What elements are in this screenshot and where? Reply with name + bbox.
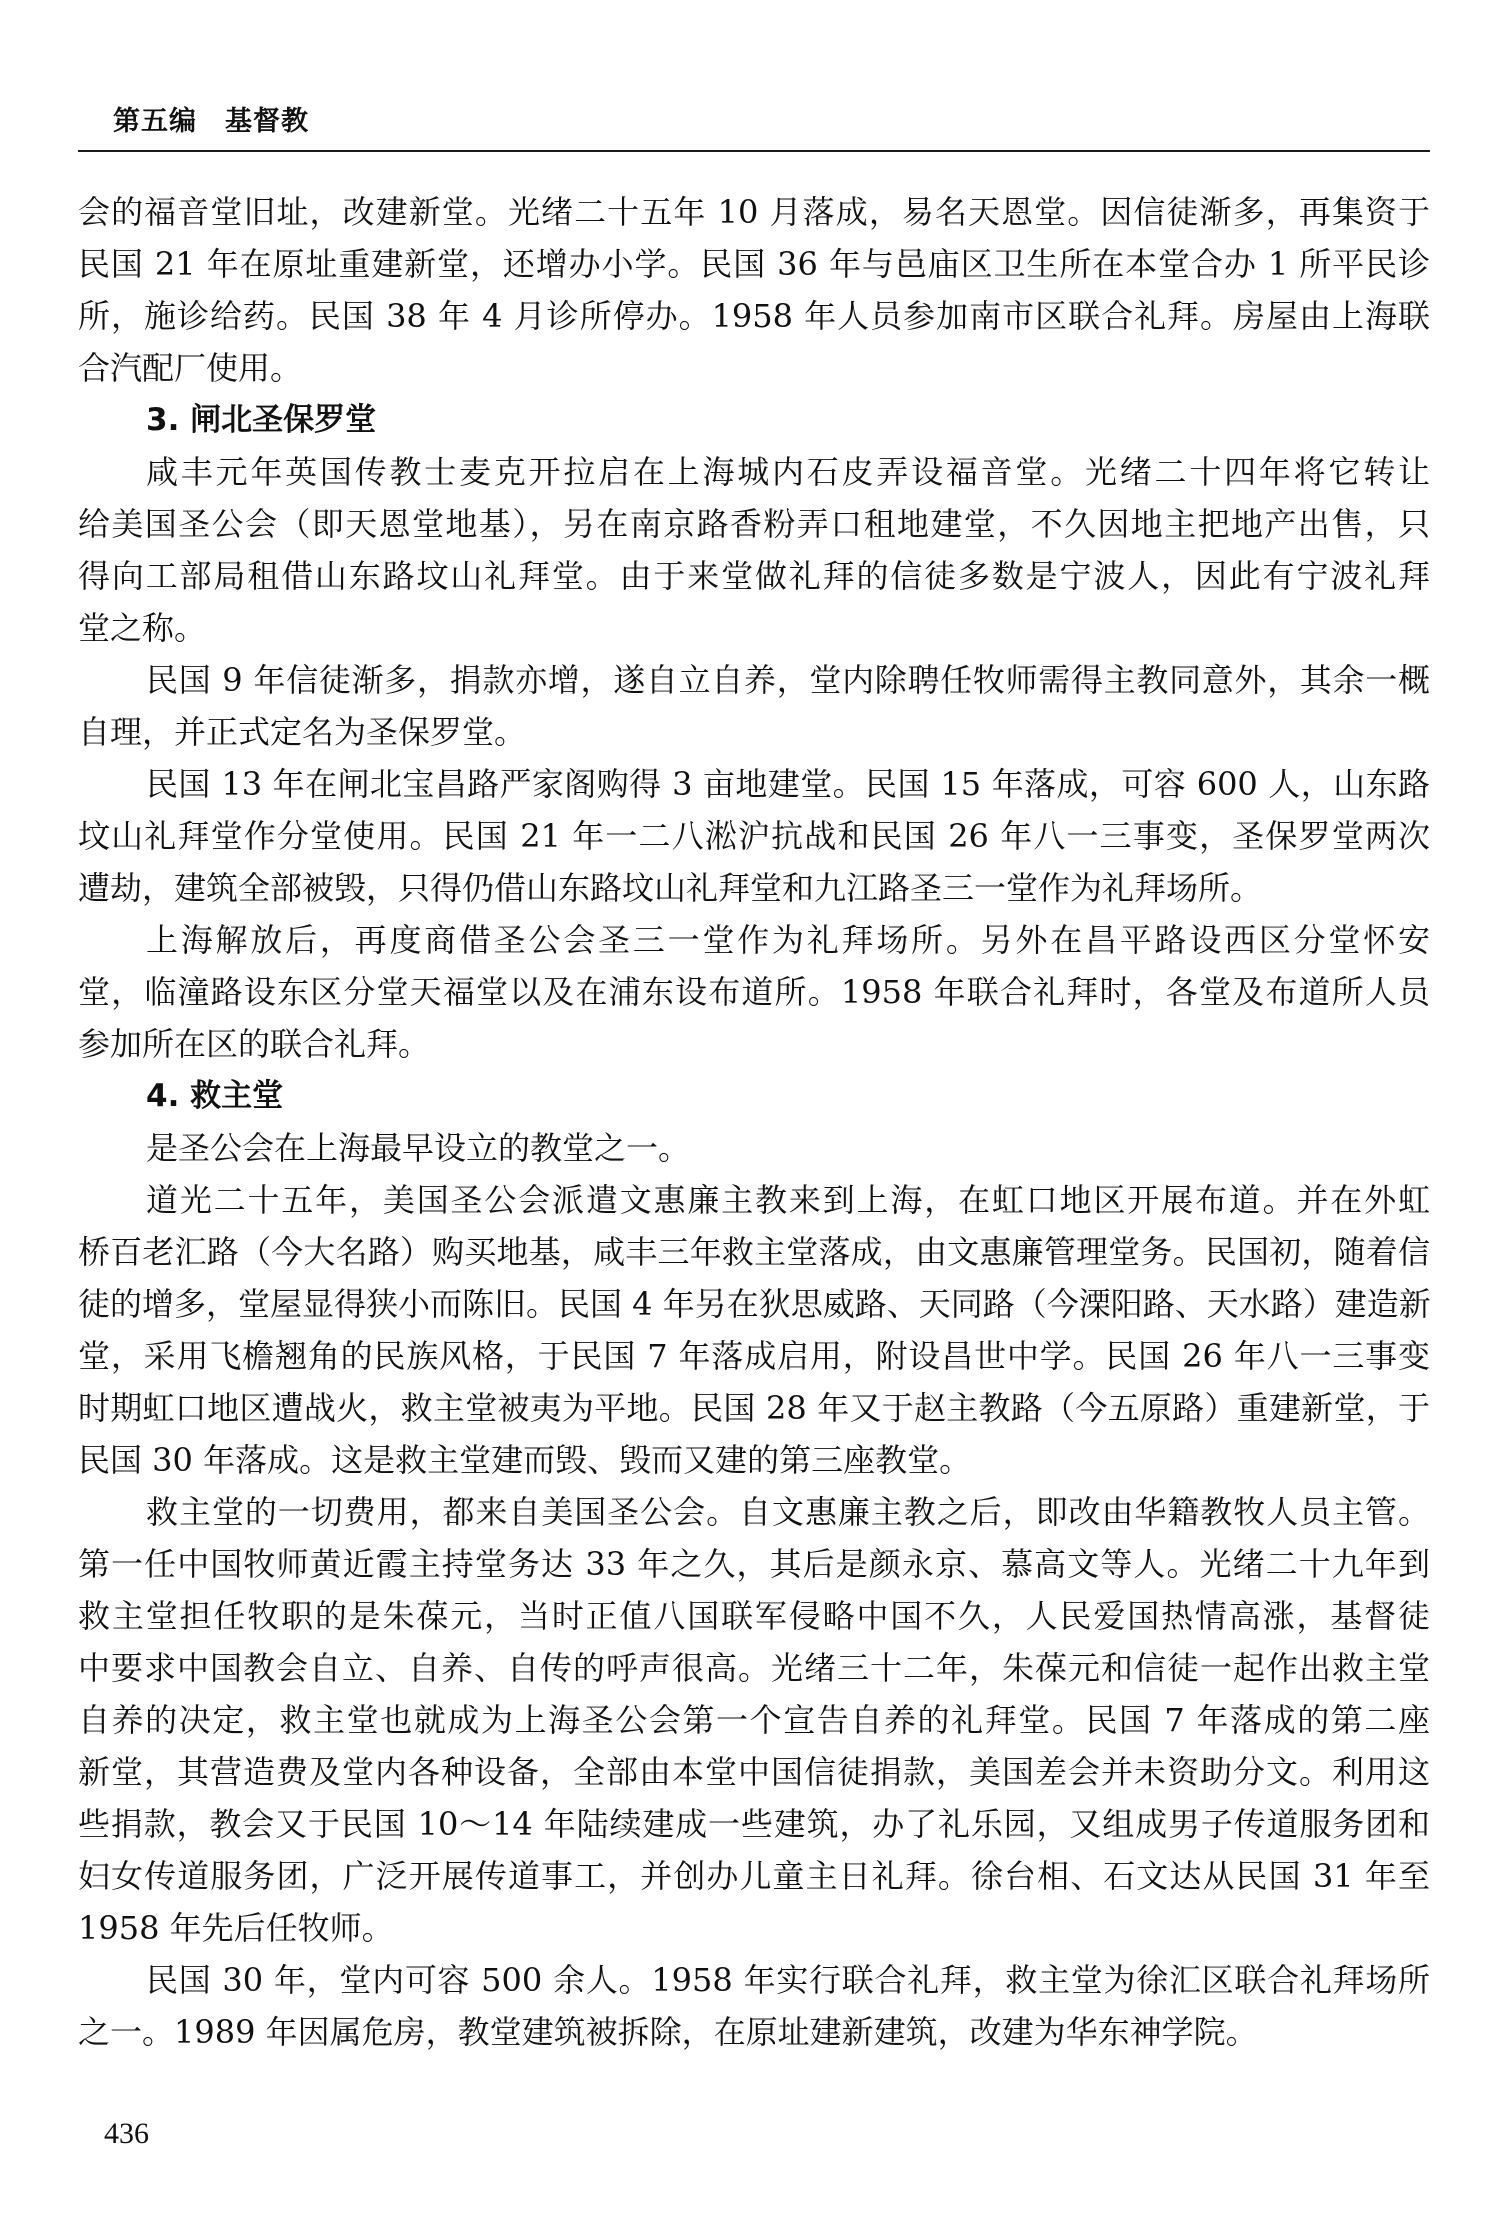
text-line: 合汽配厂使用。 (78, 342, 1430, 394)
text-line: 救主堂的一切费用，都来自美国圣公会。自文惠廉主教之后，即改由华籍教牧人员主管。 (78, 1486, 1430, 1538)
text-line: 是圣公会在上海最早设立的教堂之一。 (78, 1122, 1430, 1174)
text-line: 给美国圣公会（即天恩堂地基），另在南京路香粉弄口租地建堂，不久因地主把地产出售，… (78, 498, 1430, 550)
text-line: 新堂，其营造费及堂内各种设备，全部由本堂中国信徒捐款，美国差会并未资助分文。利用… (78, 1746, 1430, 1798)
header-rule (78, 150, 1430, 152)
text-line: 些捐款，教会又于民国 10～14 年陆续建成一些建筑，办了礼乐园，又组成男子传道… (78, 1798, 1430, 1850)
text-line: 民国 30 年落成。这是救主堂建而毁、毁而又建的第三座教堂。 (78, 1434, 1430, 1486)
text-line: 参加所在区的联合礼拜。 (78, 1018, 1430, 1070)
text-line: 道光二十五年，美国圣公会派遣文惠廉主教来到上海，在虹口地区开展布道。并在外虹 (78, 1174, 1430, 1226)
text-line: 民国 9 年信徒渐多，捐款亦增，遂自立自养，堂内除聘任牧师需得主教同意外，其余一… (78, 654, 1430, 706)
text-line: 1958 年先后任牧师。 (78, 1902, 1430, 1954)
text-line: 民国 13 年在闸北宝昌路严家阁购得 3 亩地建堂。民国 15 年落成，可容 6… (78, 758, 1430, 810)
text-line: 得向工部局租借山东路坟山礼拜堂。由于来堂做礼拜的信徒多数是宁波人，因此有宁波礼拜 (78, 550, 1430, 602)
text-line: 咸丰元年英国传教士麦克开拉启在上海城内石皮弄设福音堂。光绪二十四年将它转让 (78, 446, 1430, 498)
text-line: 桥百老汇路（今大名路）购买地基，咸丰三年救主堂落成，由文惠廉管理堂务。民国初，随… (78, 1226, 1430, 1278)
text-line: 救主堂担任牧职的是朱葆元，当时正值八国联军侵略中国不久，人民爱国热情高涨，基督徒 (78, 1590, 1430, 1642)
text-line: 遭劫，建筑全部被毁，只得仍借山东路坟山礼拜堂和九江路圣三一堂作为礼拜场所。 (78, 862, 1430, 914)
text-line: 第一任中国牧师黄近霞主持堂务达 33 年之久，其后是颜永京、慕高文等人。光绪二十… (78, 1538, 1430, 1590)
page-body: 会的福音堂旧址，改建新堂。光绪二十五年 10 月落成，易名天恩堂。因信徒渐多，再… (78, 186, 1430, 2058)
text-line: 妇女传道服务团，广泛开展传道事工，并创办儿童主日礼拜。徐台相、石文达从民国 31… (78, 1850, 1430, 1902)
text-line: 之一。1989 年因属危房，教堂建筑被拆除，在原址建新建筑，改建为华东神学院。 (78, 2006, 1430, 2058)
text-line: 自理，并正式定名为圣保罗堂。 (78, 706, 1430, 758)
text-line: 自养的决定，救主堂也就成为上海圣公会第一个宣告自养的礼拜堂。民国 7 年落成的第… (78, 1694, 1430, 1746)
text-line: 堂，采用飞檐翘角的民族风格，于民国 7 年落成启用，附设昌世中学。民国 26 年… (78, 1330, 1430, 1382)
text-line: 坟山礼拜堂作分堂使用。民国 21 年一二八淞沪抗战和民国 26 年八一三事变，圣… (78, 810, 1430, 862)
text-line: 中要求中国教会自立、自养、自传的呼声很高。光绪三十二年，朱葆元和信徒一起作出救主… (78, 1642, 1430, 1694)
text-line: 民国 30 年，堂内可容 500 余人。1958 年实行联合礼拜，救主堂为徐汇区… (78, 1954, 1430, 2006)
running-header-title: 第五编 基督教 (113, 104, 309, 140)
text-line: 堂之称。 (78, 602, 1430, 654)
section-heading: 4. 救主堂 (78, 1070, 1430, 1122)
section-heading: 3. 闸北圣保罗堂 (78, 394, 1430, 446)
text-line: 堂，临潼路设东区分堂天福堂以及在浦东设布道所。1958 年联合礼拜时，各堂及布道… (78, 966, 1430, 1018)
text-line: 徒的增多，堂屋显得狭小而陈旧。民国 4 年另在狄思威路、天同路（今溧阳路、天水路… (78, 1278, 1430, 1330)
page-number: 436 (104, 2116, 149, 2152)
text-line: 会的福音堂旧址，改建新堂。光绪二十五年 10 月落成，易名天恩堂。因信徒渐多，再… (78, 186, 1430, 238)
text-line: 上海解放后，再度商借圣公会圣三一堂作为礼拜场所。另外在昌平路设西区分堂怀安 (78, 914, 1430, 966)
text-line: 民国 21 年在原址重建新堂，还增办小学。民国 36 年与邑庙区卫生所在本堂合办… (78, 238, 1430, 290)
text-line: 时期虹口地区遭战火，救主堂被夷为平地。民国 28 年又于赵主教路（今五原路）重建… (78, 1382, 1430, 1434)
text-line: 所，施诊给药。民国 38 年 4 月诊所停办。1958 年人员参加南市区联合礼拜… (78, 290, 1430, 342)
